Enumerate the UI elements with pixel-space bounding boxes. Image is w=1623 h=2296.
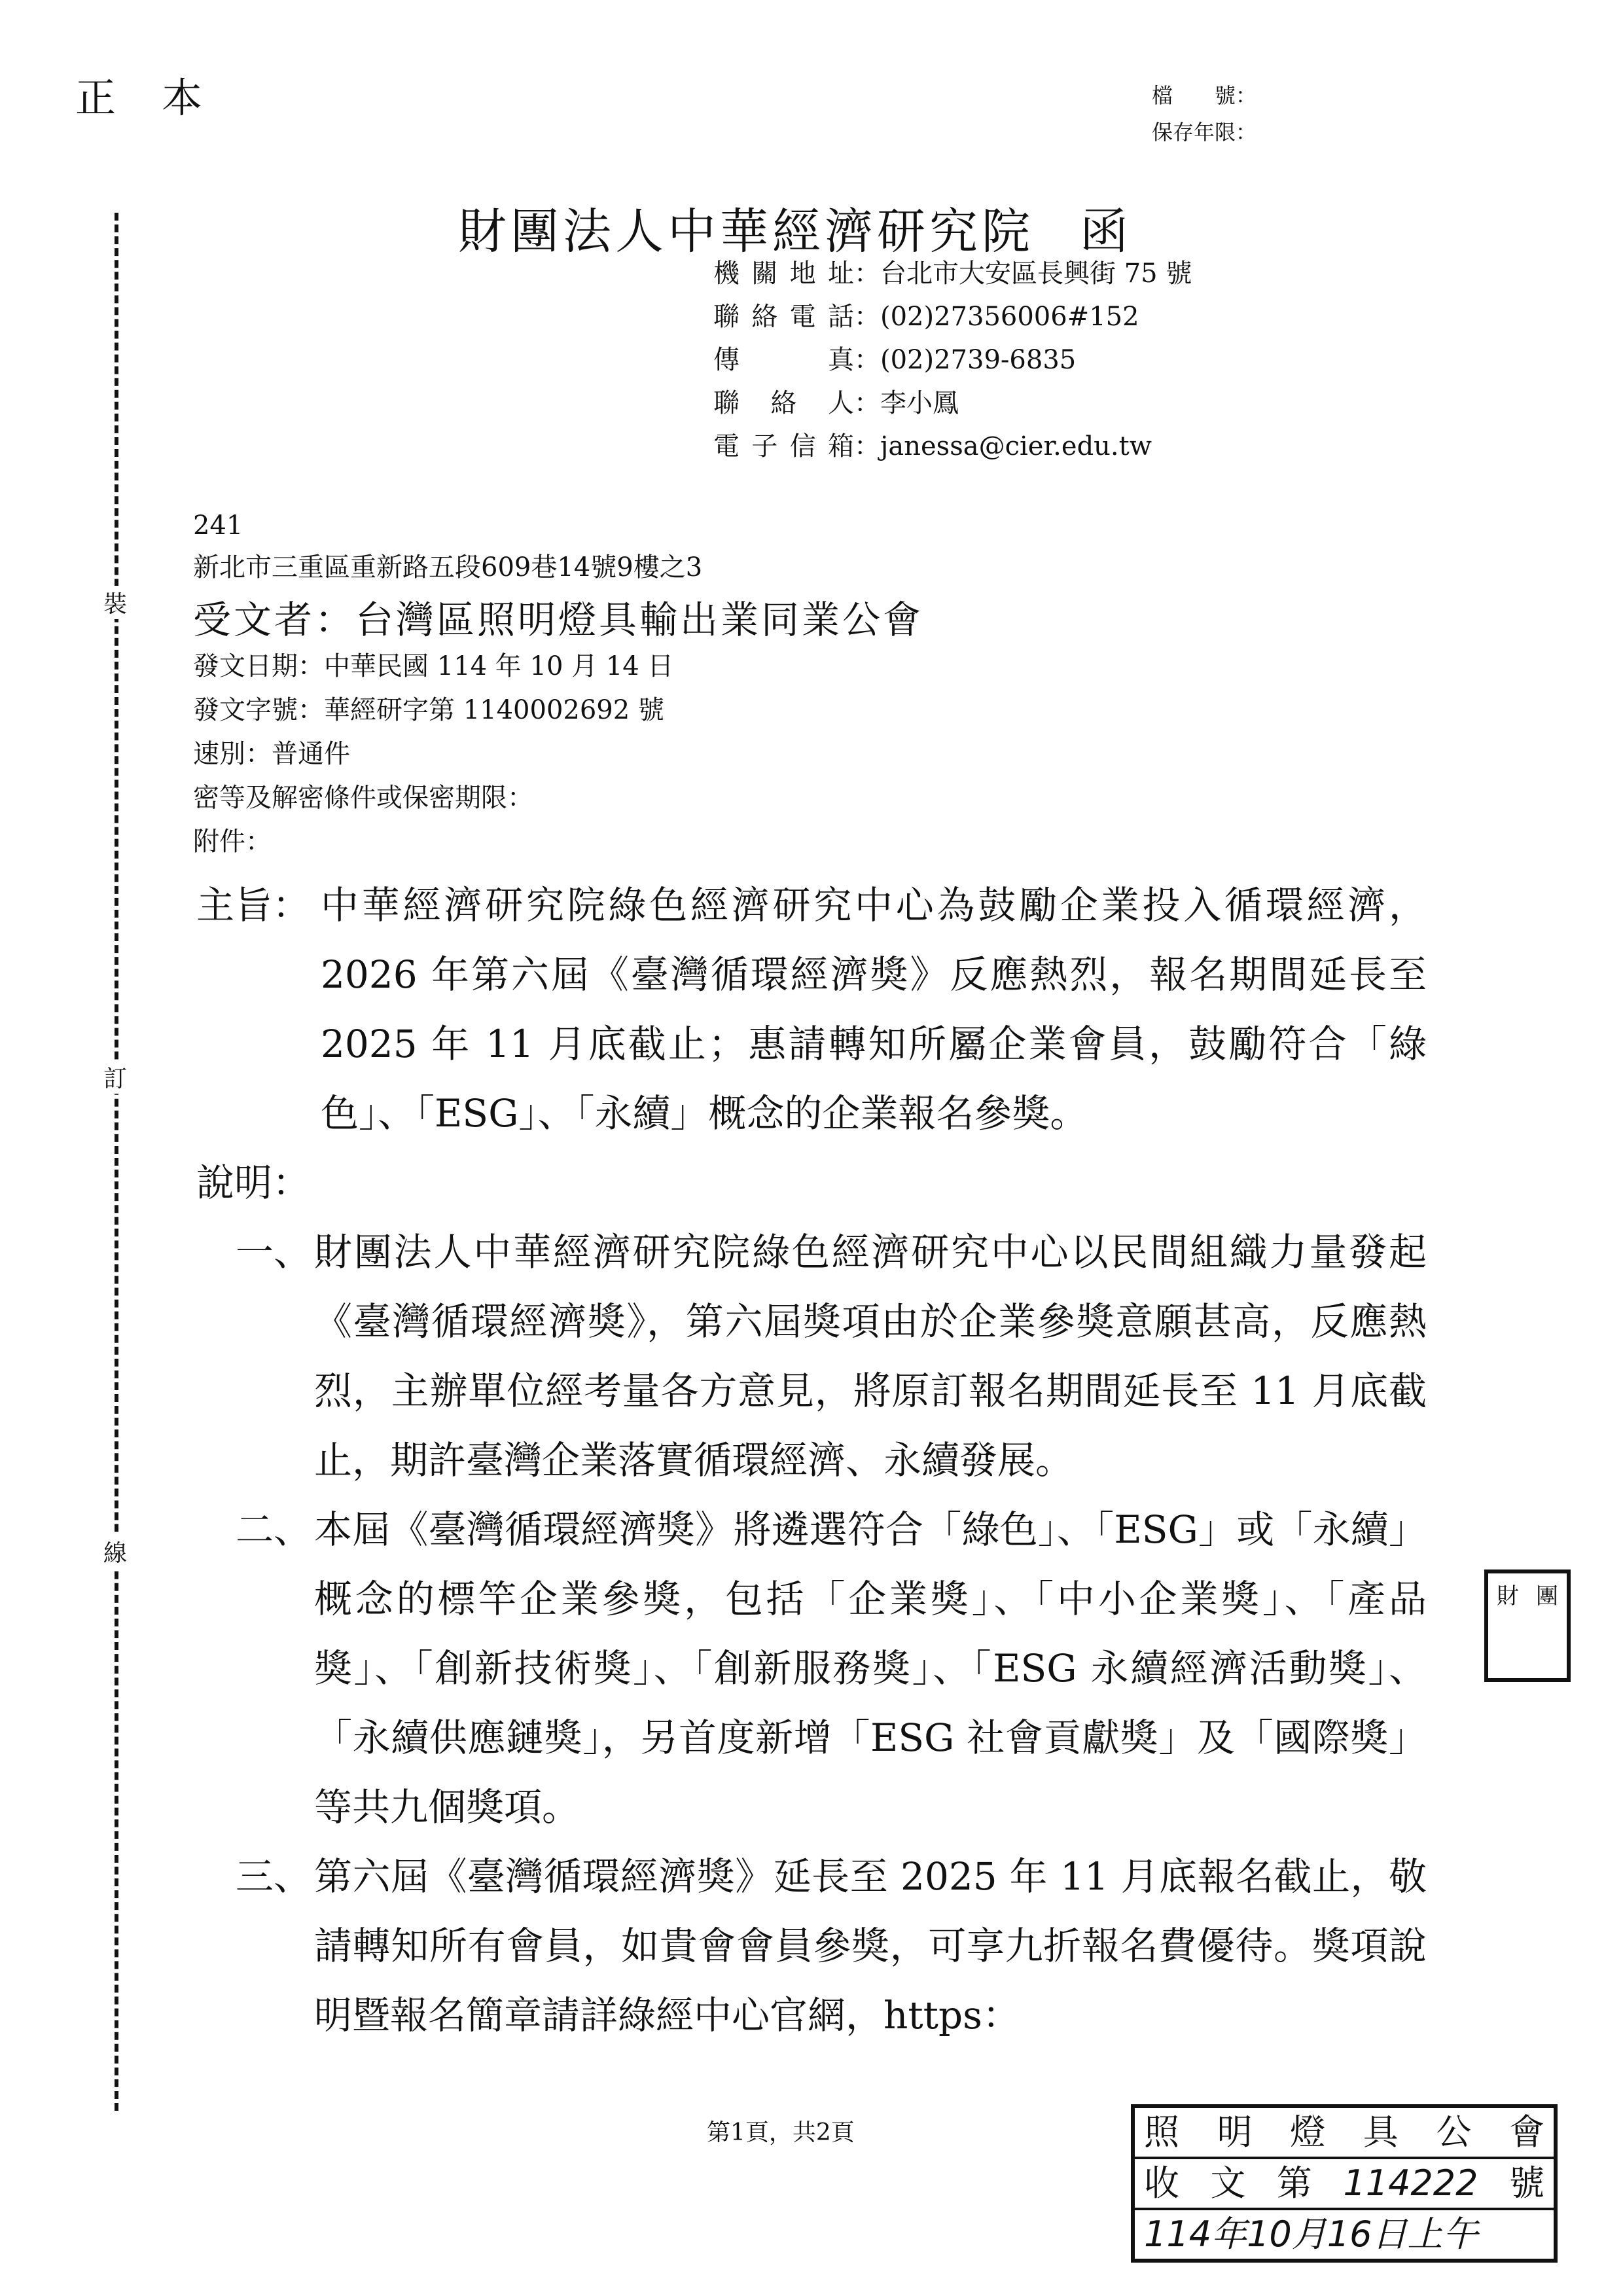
sender-contact-row: 聯 絡 人：李小鳳 [713, 382, 1192, 425]
receipt-stamp: 照明燈具公會 收文第114222號 114年10月16日上午 [1131, 2104, 1558, 2263]
stamp-org-row: 照明燈具公會 [1135, 2108, 1554, 2159]
sender-phone-row: 聯絡電話：(02)27356006#152 [713, 295, 1192, 338]
urgency: 速別：普通件 [193, 732, 673, 776]
receipt-number: 114222 [1343, 2159, 1478, 2208]
issue-number: 發文字號：華經研字第 1140002692 號 [193, 689, 673, 732]
recipient-address: 新北市三重區重新路五段609巷14號9樓之3 [193, 547, 702, 584]
stamp-date-row: 114年10月16日上午 [1135, 2210, 1554, 2259]
confidentiality: 密等及解密條件或保密期限： [193, 776, 673, 820]
file-meta: 檔 號： 保存年限： [1152, 77, 1257, 151]
binding-char-ding: 訂 [103, 1060, 127, 1094]
retention-label: 保存年限： [1152, 114, 1257, 151]
sender-fax-row: 傳 真：(02)2739-6835 [713, 338, 1192, 382]
explanation-item-1: 一、 財團法人中華經濟研究院綠色經濟研究中心以民間組織力量發起《臺灣循環經濟獎》… [236, 1217, 1427, 1495]
binding-char-xian: 線 [103, 1535, 127, 1568]
receipt-date: 114年10月16日上午 [1144, 2210, 1478, 2259]
issue-date: 發文日期：中華民國 114 年 10 月 14 日 [193, 645, 673, 689]
sender-address-row: 機關地址：台北市大安區長興街 75 號 [713, 252, 1192, 295]
sender-email-row: 電子信箱：janessa@cier.edu.tw [713, 425, 1192, 468]
page-info: 第1頁，共2頁 [707, 2114, 855, 2147]
binding-char-zhuang: 裝 [103, 586, 127, 619]
official-seal: 財團 [1484, 1570, 1571, 1682]
document-meta: 發文日期：中華民國 114 年 10 月 14 日 發文字號：華經研字第 114… [193, 645, 673, 864]
recipient-label: 受文者： [193, 598, 355, 642]
copy-mark: 正本 [75, 65, 248, 124]
explanation-label: 說明： [196, 1148, 1427, 1217]
subject-text: 中華經濟研究院綠色經濟研究中心為鼓勵企業投入循環經濟，2026 年第六屆《臺灣循… [321, 870, 1427, 1148]
explanation-item-2: 二、 本屆《臺灣循環經濟獎》將遴選符合「綠色」、「ESG」或「永續」概念的標竿企… [236, 1495, 1427, 1842]
email-link[interactable]: janessa@cier.edu.tw [880, 431, 1152, 461]
subject-label: 主旨： [196, 870, 321, 1148]
subject: 主旨： 中華經濟研究院綠色經濟研究中心為鼓勵企業投入循環經濟，2026 年第六屆… [196, 870, 1427, 1148]
recipient-name: 台灣區照明燈具輸出業同業公會 [355, 598, 923, 642]
recipient-zip: 241 [193, 511, 243, 541]
binding-line [115, 213, 118, 2111]
stamp-receipt-row: 收文第114222號 [1135, 2159, 1554, 2210]
sender-info: 機關地址：台北市大安區長興街 75 號 聯絡電話：(02)27356006#15… [713, 252, 1192, 468]
recipient: 受文者：台灣區照明燈具輸出業同業公會 [193, 589, 923, 644]
document-body: 主旨： 中華經濟研究院綠色經濟研究中心為鼓勵企業投入循環經濟，2026 年第六屆… [196, 870, 1427, 2050]
explanation-item-3: 三、 第六屆《臺灣循環經濟獎》延長至 2025 年 11 月底報名截止，敬請轉知… [236, 1842, 1427, 2050]
file-number-label: 檔 號： [1152, 77, 1257, 114]
attachments: 附件： [193, 820, 673, 864]
